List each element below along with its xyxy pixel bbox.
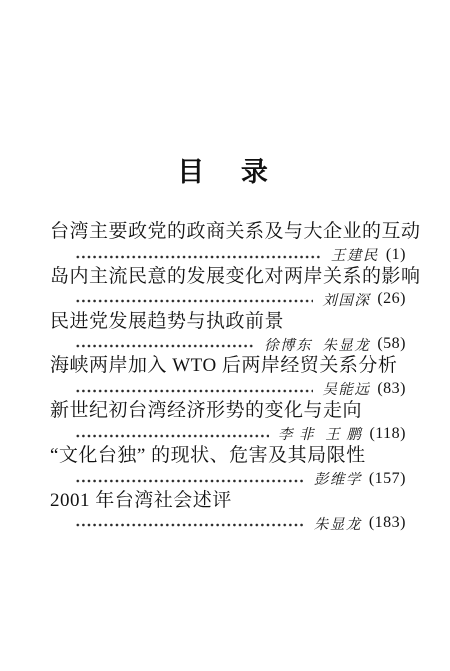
entry-ref-line: 朱显龙 (183) (50, 512, 406, 534)
entry-title: 民进党发展趋势与执政前景 (50, 311, 406, 333)
entry-page-number: (26) (377, 290, 406, 308)
toc-entry: 海峡两岸加入 WTO 后两岸经贸关系分析 吴能远 (83) (50, 355, 406, 400)
entry-authors: 王建民 (331, 244, 379, 265)
entry-ref-line: 王建民 (1) (50, 243, 406, 265)
dot-leader (75, 288, 313, 310)
entry-title: 2001 年台湾社会述评 (50, 490, 406, 512)
entry-authors: 吴能远 (322, 378, 370, 399)
entry-title: 台湾主要政党的政商关系及与大企业的互动 (50, 221, 406, 243)
entry-page-number: (58) (377, 335, 406, 353)
entry-authors: 刘国深 (322, 289, 370, 310)
entry-page-number: (118) (369, 425, 406, 443)
entry-authors: 徐博东 朱显龙 (264, 334, 370, 355)
entry-ref-line: 李 非 王 鹏 (118) (50, 423, 406, 445)
toc-page: 目 录 台湾主要政党的政商关系及与大企业的互动 王建民 (1) 岛内主流民意的发… (0, 0, 450, 671)
dot-leader (75, 243, 322, 265)
entry-title: 海峡两岸加入 WTO 后两岸经贸关系分析 (50, 355, 406, 377)
dot-leader (75, 378, 313, 400)
entry-ref-line: 吴能远 (83) (50, 378, 406, 400)
entry-page-number: (1) (386, 246, 406, 264)
entry-title: 岛内主流民意的发展变化对两岸关系的影响 (50, 266, 406, 288)
entry-authors: 李 非 王 鹏 (278, 423, 363, 444)
entry-title: 新世纪初台湾经济形势的变化与走向 (50, 400, 406, 422)
entry-page-number: (83) (377, 380, 406, 398)
entry-ref-line: 徐博东 朱显龙 (58) (50, 333, 406, 355)
dot-leader (75, 333, 255, 355)
entry-authors: 朱显龙 (314, 513, 362, 534)
toc-entry: “文化台独” 的现状、危害及其局限性 彭维学 (157) (50, 445, 406, 490)
dot-leader (75, 423, 269, 445)
dot-leader (75, 512, 305, 534)
entry-ref-line: 彭维学 (157) (50, 467, 406, 489)
toc-entry: 岛内主流民意的发展变化对两岸关系的影响 刘国深 (26) (50, 266, 406, 311)
toc-entry: 2001 年台湾社会述评 朱显龙 (183) (50, 490, 406, 535)
entry-ref-line: 刘国深 (26) (50, 288, 406, 310)
entry-title: “文化台独” 的现状、危害及其局限性 (50, 445, 406, 467)
entry-authors: 彭维学 (314, 468, 362, 489)
toc-list: 台湾主要政党的政商关系及与大企业的互动 王建民 (1) 岛内主流民意的发展变化对… (50, 221, 406, 535)
toc-entry: 民进党发展趋势与执政前景 徐博东 朱显龙 (58) (50, 311, 406, 356)
toc-entry: 新世纪初台湾经济形势的变化与走向 李 非 王 鹏 (118) (50, 400, 406, 445)
entry-page-number: (183) (369, 514, 406, 532)
dot-leader (75, 467, 305, 489)
page-title: 目 录 (0, 150, 450, 189)
toc-entry: 台湾主要政党的政商关系及与大企业的互动 王建民 (1) (50, 221, 406, 266)
entry-page-number: (157) (369, 470, 406, 488)
